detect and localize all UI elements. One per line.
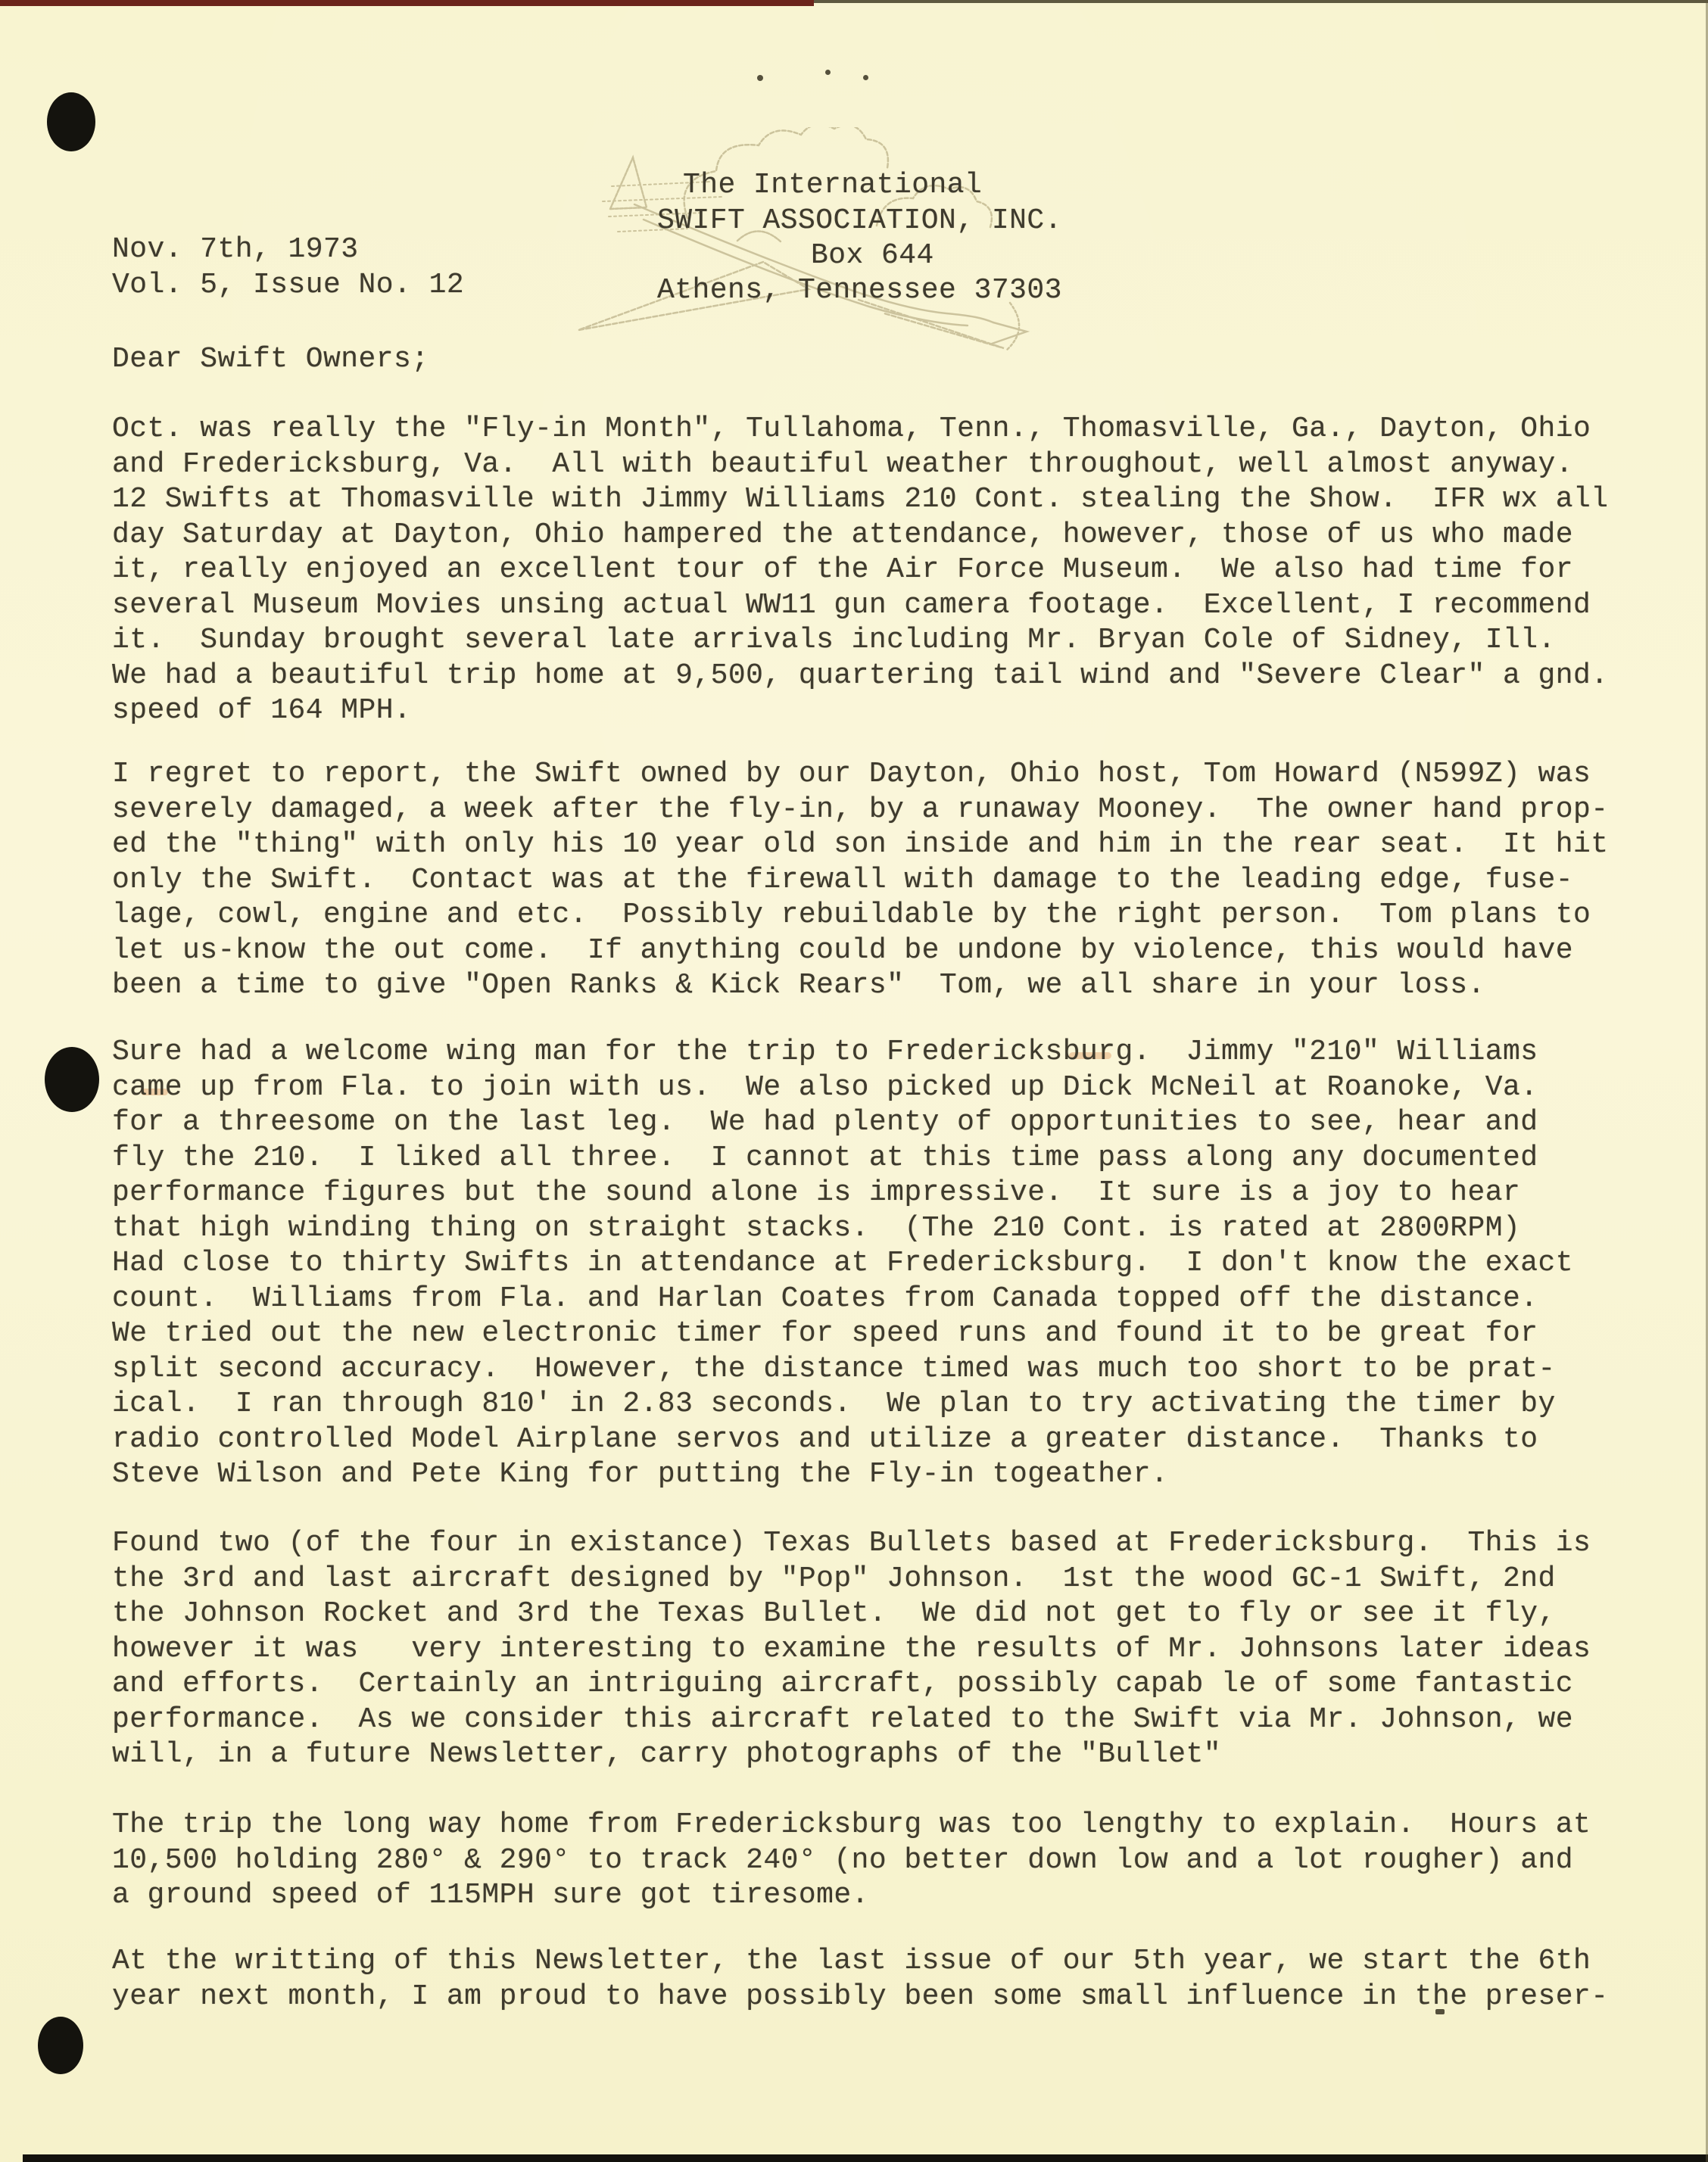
masthead-org-name-line1: The International xyxy=(683,168,982,204)
issue-volume-number: Vol. 5, Issue No. 12 xyxy=(112,268,464,304)
letter-paragraph-6: At the writting of this Newsletter, the … xyxy=(112,1944,1609,2014)
scan-top-edge-line xyxy=(814,0,1708,3)
letter-paragraph-3: Sure had a welcome wing man for the trip… xyxy=(112,1035,1573,1493)
hole-punch-mark-top xyxy=(47,92,95,151)
ink-speck xyxy=(757,75,763,81)
ink-speck xyxy=(825,70,831,75)
hole-punch-mark-middle xyxy=(45,1047,99,1112)
letter-paragraph-4: Found two (of the four in existance) Tex… xyxy=(112,1526,1591,1773)
letter-salutation: Dear Swift Owners; xyxy=(112,342,429,378)
ink-speck xyxy=(863,75,868,80)
scan-bottom-edge-strip xyxy=(23,2154,1708,2162)
masthead-org-name-line2: SWIFT ASSOCIATION, INC. xyxy=(657,204,1062,239)
letter-paragraph-2: I regret to report, the Swift owned by o… xyxy=(112,757,1609,1004)
issue-date: Nov. 7th, 1973 xyxy=(112,232,359,268)
masthead-address-city: Athens, Tennessee 37303 xyxy=(657,273,1062,309)
letter-paragraph-1: Oct. was really the "Fly-in Month", Tull… xyxy=(112,412,1609,729)
scanned-newsletter-page: The International SWIFT ASSOCIATION, INC… xyxy=(0,0,1708,2162)
letter-paragraph-5: The trip the long way home from Frederic… xyxy=(112,1808,1591,1914)
scan-top-edge-strip xyxy=(0,0,814,6)
masthead-address-box: Box 644 xyxy=(811,238,934,274)
hole-punch-mark-bottom xyxy=(38,2017,83,2074)
